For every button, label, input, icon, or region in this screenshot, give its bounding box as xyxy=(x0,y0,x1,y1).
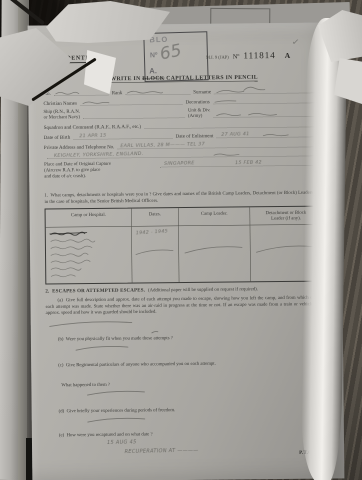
question-2a: (a) Give full description and approx. da… xyxy=(45,295,320,317)
question-2e-prefix: (e) xyxy=(59,433,64,438)
question-2e: (e) How were you recaptured and on what … xyxy=(47,430,322,439)
pencil-answer-dash xyxy=(49,319,134,329)
section-2-number: 2. xyxy=(45,288,49,294)
question-2b-prefix: (b) xyxy=(58,337,64,342)
instruction-post: CAPITAL LETTERS IN PENCIL xyxy=(165,74,258,81)
pencil-scribble xyxy=(212,151,242,156)
squadron-field xyxy=(144,121,316,129)
question-2c-followup-text: What happened to them ? xyxy=(61,382,110,388)
rank-label: Rank xyxy=(112,90,123,96)
section-2-title: ESCAPES OR ATTEMPTED ESCAPES. xyxy=(52,287,145,293)
pencil-long-dash xyxy=(184,242,244,255)
stamp-line3: A. xyxy=(149,67,157,76)
row-no-rank-surname: No. Rank Surname xyxy=(43,87,318,97)
address-handwriting-line1: EARL VILLAS, 28 M——— TEL 37 xyxy=(120,141,205,148)
pencil-answer-dash xyxy=(87,415,147,424)
question-2b-text: Were you physically fit when you made th… xyxy=(66,336,173,342)
question-1-number: 1. xyxy=(44,193,48,198)
col-camp-leader: Camp Leader. xyxy=(178,207,250,225)
serial-no-sign: Nº xyxy=(233,52,240,60)
pencil-scribble xyxy=(214,84,274,95)
rank-field xyxy=(125,88,190,95)
capture-label-line1: Place and Date of Original Capture xyxy=(44,161,111,167)
camp-table-body: 1942 - 1945 xyxy=(46,225,323,284)
ship-field xyxy=(83,112,185,120)
col-dates: Dates. xyxy=(131,208,178,226)
question-2d-text: Give briefly your experiences during per… xyxy=(67,408,176,414)
question-2c-text: Give Regimental particulars of anyone wh… xyxy=(66,361,216,368)
scanned-pow-questionnaire: CONFIDENTIAL BLO Nº A. 65 M.I. 9 (JAP) N… xyxy=(0,0,362,480)
question-1-text: What camps, detachments or hospitals wer… xyxy=(44,190,319,204)
pencil-scribble xyxy=(214,110,289,117)
address-handwriting-line2: KEIGHLEY, YORKSHIRE, ENGLAND. xyxy=(54,151,144,159)
address-field-line2: KEIGHLEY, YORKSHIRE, ENGLAND. xyxy=(47,150,316,159)
row-address: Private Address and Telephone No. EARL V… xyxy=(44,141,319,151)
pencil-scribble xyxy=(261,132,296,137)
col-camp-or-hospital: Camp or Hospital. xyxy=(46,209,132,227)
surname-field xyxy=(214,87,315,95)
pencil-scribble xyxy=(125,88,164,94)
question-2a-text: Give full description and approx. date o… xyxy=(46,295,321,315)
question-2c-followup: What happened to them ? xyxy=(61,380,321,389)
pencil-tick-mark: ✓ xyxy=(291,36,300,47)
christian-names-field xyxy=(80,98,183,106)
unit-label: Unit & Div.(Army) xyxy=(188,108,211,119)
pencil-scribble xyxy=(80,99,112,105)
dates-handwriting: 1942 - 1945 xyxy=(136,228,168,236)
question-2a-prefix: (a) xyxy=(57,298,62,303)
serial-number: 111814 xyxy=(243,50,275,61)
pencil-dash xyxy=(213,98,238,103)
section-2-heading: 2. ESCAPES OR ATTEMPTED ESCAPES. (Additi… xyxy=(45,286,258,294)
capture-place-handwriting: SINGAPORE xyxy=(164,160,195,166)
unit-label-line2: (Army) xyxy=(188,113,211,118)
question-2c: (c) Give Regimental particulars of anyon… xyxy=(46,360,321,369)
dob-handwriting: 21 APR 15 xyxy=(79,133,106,139)
decorations-label: Decorations xyxy=(186,99,210,105)
row-ship-unit: Ship (R.N., R.A.N.or Merchant Navy) Unit… xyxy=(43,107,318,120)
dob-label: Date of Birth xyxy=(44,135,70,141)
stamp-line2: Nº xyxy=(150,51,158,59)
instruction-struck-word: BLOCK xyxy=(142,75,164,81)
instruction-pre: WRITE IN xyxy=(110,75,142,81)
cell-camp-leader xyxy=(178,225,250,282)
form-reference-line: M.I. 9 (JAP) Nº 111814 A xyxy=(206,50,290,61)
dob-field: 21 APR 15 xyxy=(73,132,172,140)
pencil-handwriting-scribble xyxy=(49,229,130,282)
capture-label-line2: (Aircrew R.A.F. to give place xyxy=(44,167,100,173)
capture-label-line3: and date of a/c crash). xyxy=(44,174,86,179)
pencil-scribble xyxy=(54,89,82,95)
row-squadron: Squadron and Command (R.A.F., R.A.A.F., … xyxy=(44,121,319,131)
question-2c-prefix: (c) xyxy=(58,363,63,368)
camp-table: Camp or Hospital. Dates. Camp Leader. De… xyxy=(45,206,324,285)
capture-date-handwriting: 15 FEB 42 xyxy=(235,160,262,166)
row-dob-enlistment: Date of Birth 21 APR 15 Date of Enlistme… xyxy=(44,131,319,141)
pencil-small-mark xyxy=(151,329,159,334)
question-1: 1. What camps, detachments or hospitals … xyxy=(44,190,319,205)
pencil-answer-dash xyxy=(75,344,130,353)
form-instruction: WRITE IN BLOCK CAPITAL LETTERS IN PENCIL xyxy=(28,73,340,82)
question-2e-text: How were you recaptured and on what date… xyxy=(67,432,153,438)
department-label: M.I. 9 (JAP) xyxy=(206,55,229,60)
christian-names-label: Christian Names xyxy=(43,101,77,107)
question-2d: (d) Give briefly your experiences during… xyxy=(47,406,322,415)
row-names-decorations: Christian Names Decorations xyxy=(43,97,318,107)
cell-camp-names xyxy=(46,227,132,284)
handwritten-block-number: 65 xyxy=(158,40,183,64)
question-2d-prefix: (d) xyxy=(59,409,65,414)
unit-field xyxy=(214,110,316,118)
section-2-note: (Additional paper will be supplied on re… xyxy=(148,287,258,293)
squadron-label: Squadron and Command (R.A.F., R.A.A.F., … xyxy=(44,124,141,131)
pencil-answer-dash xyxy=(86,388,146,397)
enlistment-label: Date of Enlistment xyxy=(176,133,214,139)
capture-label: Place and Date of Original Capture (Airc… xyxy=(44,160,157,179)
ship-label-line2: or Merchant Navy) xyxy=(44,114,80,120)
surname-label: Surname xyxy=(193,89,211,95)
recapture-note-handwriting: RECUPERATION AT ———— xyxy=(125,447,199,454)
address-field-line1: EARL VILLAS, 28 M——— TEL 37 xyxy=(117,141,316,150)
cell-dates: 1942 - 1945 xyxy=(131,226,178,282)
address-label: Private Address and Telephone No. xyxy=(44,144,115,150)
pencil-long-dash xyxy=(135,246,175,256)
capture-field: SINGAPORE 15 FEB 42 xyxy=(160,159,319,168)
enlistment-field: 27 AUG 41 xyxy=(216,131,315,139)
recapture-date-handwriting: 15 AUG 45 xyxy=(107,439,137,445)
col-detachment-line2: Leader (if any). xyxy=(271,216,301,221)
question-2b: (b) Were you physically fit when you mad… xyxy=(46,334,321,343)
decorations-field xyxy=(213,97,316,105)
row-address-continued: KEIGHLEY, YORKSHIRE, ENGLAND. xyxy=(44,150,319,160)
enlistment-handwriting: 27 AUG 41 xyxy=(221,131,249,137)
ship-label: Ship (R.N., R.A.N.or Merchant Navy) xyxy=(43,109,80,120)
series-letter: A xyxy=(285,52,291,61)
form-page: CONFIDENTIAL BLO Nº A. 65 M.I. 9 (JAP) N… xyxy=(28,22,345,480)
